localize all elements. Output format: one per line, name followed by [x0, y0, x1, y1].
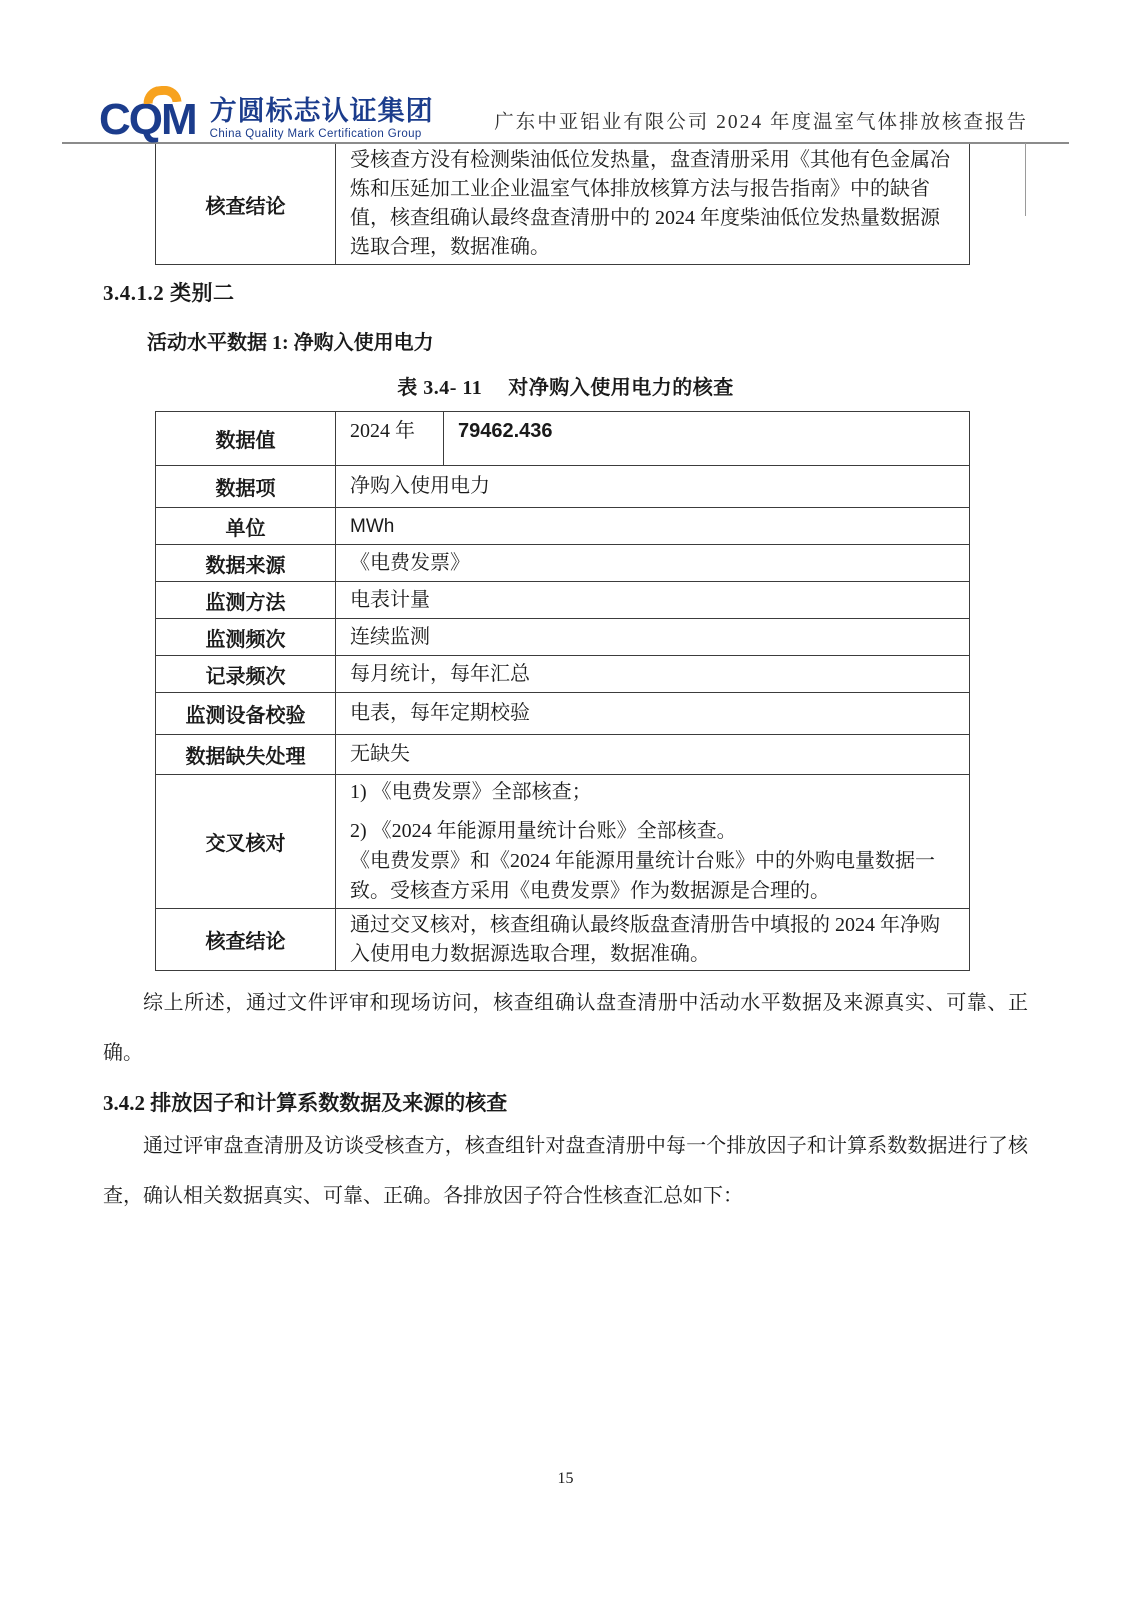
- row-value: 电表计量: [336, 582, 969, 618]
- table-row-unit: 单位 MWh: [156, 507, 969, 544]
- cross-check-line-3: 《电费发票》和《2024 年能源用量统计台账》中的外购电量数据一致。受核查方采用…: [350, 846, 955, 906]
- table-row-data-item: 数据项 净购入使用电力: [156, 465, 969, 507]
- table-row-record-frequency: 记录频次 每月统计，每年汇总: [156, 655, 969, 692]
- row-value: 受核查方没有检测柴油低位发热量，盘查清册采用《其他有色金属冶炼和压延加工业企业温…: [336, 144, 969, 264]
- row-value: 连续监测: [336, 619, 969, 655]
- logo-names: 方圆标志认证集团 China Quality Mark Certificatio…: [210, 86, 434, 140]
- row-value: 净购入使用电力: [336, 466, 969, 507]
- table-row-monitor-frequency: 监测频次 连续监测: [156, 618, 969, 655]
- row-label: 核查结论: [156, 909, 336, 970]
- cqm-logo-mark: CQM: [99, 84, 196, 142]
- row-label: 监测设备校验: [156, 693, 336, 734]
- summary-paragraph: 综上所述，通过文件评审和现场访问，核查组确认盘查清册中活动水平数据及来源真实、可…: [103, 978, 1028, 1078]
- row-label: 数据项: [156, 466, 336, 507]
- table-caption: 表 3.4- 11 对净购入使用电力的核查: [103, 371, 1028, 400]
- row-label: 监测频次: [156, 619, 336, 655]
- row-label: 单位: [156, 508, 336, 544]
- electricity-verification-table: 数据值 2024 年 79462.436 数据项 净购入使用电力 单位 MWh …: [155, 411, 970, 971]
- row-value: 每月统计，每年汇总: [336, 656, 969, 692]
- cross-check-line-1: 1) 《电费发票》全部核查；: [350, 777, 955, 807]
- row-value: 电表，每年定期校验: [336, 693, 969, 734]
- table-row-monitor-method: 监测方法 电表计量: [156, 581, 969, 618]
- row-label: 记录频次: [156, 656, 336, 692]
- row-label: 数据来源: [156, 545, 336, 581]
- table-row-data-value: 数据值 2024 年 79462.436: [156, 412, 969, 465]
- activity-data-subheading: 活动水平数据 1: 净购入使用电力: [147, 326, 1028, 355]
- table-row-data-source: 数据来源 《电费发票》: [156, 544, 969, 581]
- row-label: 核查结论: [156, 144, 336, 264]
- row-label: 交叉核对: [156, 775, 336, 908]
- row-value: 通过交叉核对，核查组确认最终版盘查清册告中填报的 2024 年净购入使用电力数据…: [336, 909, 969, 970]
- year-cell: 2024 年: [336, 412, 444, 465]
- revision-mark-line: [1025, 143, 1026, 216]
- table-row-cross-check: 交叉核对 1) 《电费发票》全部核查； 2) 《2024 年能源用量统计台账》全…: [156, 774, 969, 908]
- value-cell: 79462.436: [444, 412, 969, 465]
- row-value: 无缺失: [336, 735, 969, 774]
- table-row-device-calibration: 监测设备校验 电表，每年定期校验: [156, 692, 969, 734]
- section-342-paragraph: 通过评审盘查清册及访谈受核查方，核查组针对盘查清册中每一个排放因子和计算系数数据…: [103, 1121, 1028, 1221]
- logo-arc-icon: [142, 85, 181, 105]
- logo-name-english: China Quality Mark Certification Group: [210, 128, 434, 140]
- document-page: CQM 方圆标志认证集团 China Quality Mark Certific…: [0, 0, 1131, 1600]
- row-value: 《电费发票》: [336, 545, 969, 581]
- row-label: 数据缺失处理: [156, 735, 336, 774]
- section-heading-342: 3.4.2 排放因子和计算系数数据及来源的核查: [103, 1087, 1028, 1117]
- row-label: 监测方法: [156, 582, 336, 618]
- row-label: 数据值: [156, 412, 336, 465]
- cross-check-line-2: 2) 《2024 年能源用量统计台账》全部核查。: [350, 816, 955, 846]
- row-value: MWh: [336, 508, 969, 544]
- page-number: 15: [0, 1470, 1131, 1488]
- continued-verification-table: 核查结论 受核查方没有检测柴油低位发热量，盘查清册采用《其他有色金属冶炼和压延加…: [155, 144, 970, 265]
- cqm-logo: CQM 方圆标志认证集团 China Quality Mark Certific…: [99, 84, 434, 142]
- table-row: 核查结论 受核查方没有检测柴油低位发热量，盘查清册采用《其他有色金属冶炼和压延加…: [156, 144, 969, 264]
- document-title: 广东中亚铝业有限公司 2024 年度温室气体排放核查报告: [494, 106, 1028, 142]
- table-row-missing-data: 数据缺失处理 无缺失: [156, 734, 969, 774]
- page-header: CQM 方圆标志认证集团 China Quality Mark Certific…: [103, 0, 1028, 142]
- section-heading-3412: 3.4.1.2 类别二: [103, 277, 1028, 307]
- table-row-conclusion: 核查结论 通过交叉核对，核查组确认最终版盘查清册告中填报的 2024 年净购入使…: [156, 908, 969, 970]
- row-value: 1) 《电费发票》全部核查； 2) 《2024 年能源用量统计台账》全部核查。 …: [336, 775, 969, 908]
- logo-name-chinese: 方圆标志认证集团: [210, 96, 434, 126]
